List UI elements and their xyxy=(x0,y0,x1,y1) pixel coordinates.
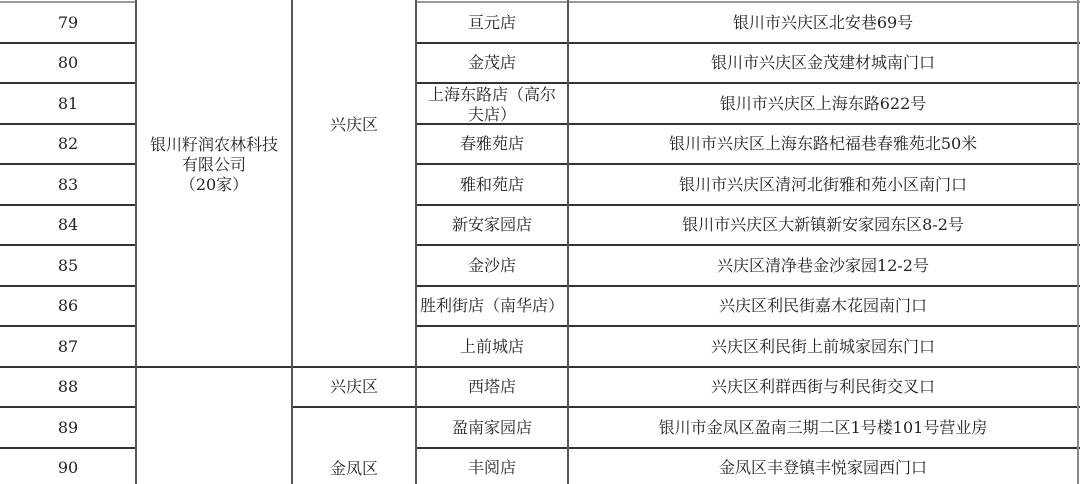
row-divider xyxy=(416,163,1080,165)
row-number-cell: 86 xyxy=(0,286,136,326)
row-divider xyxy=(416,204,1080,206)
address-cell: 兴庆区利民街嘉木花园南门口 xyxy=(568,286,1078,326)
company-cell xyxy=(136,367,292,484)
row-divider xyxy=(0,163,136,165)
row-divider xyxy=(0,42,136,44)
address-cell: 银川市兴庆区大新镇新安家园东区8-2号 xyxy=(568,205,1078,245)
company-cell: 银川籽润农林科技 有限公司 （20家） xyxy=(136,2,292,326)
address-cell: 银川市兴庆区北安巷69号 xyxy=(568,2,1078,43)
row-divider xyxy=(416,123,1080,125)
row-number-cell: 80 xyxy=(0,43,136,83)
address-cell: 银川市兴庆区金茂建材城南门口 xyxy=(568,43,1078,83)
address-cell: 银川市金凤区盈南三期二区1号楼101号营业房 xyxy=(568,407,1078,448)
company-count: （20家） xyxy=(180,175,248,195)
row-divider xyxy=(0,447,136,449)
column-divider xyxy=(1077,0,1079,484)
column-divider xyxy=(291,0,293,484)
row-number-cell: 83 xyxy=(0,164,136,205)
store-name-cell: 新安家园店 xyxy=(416,205,568,245)
company-name-line: 有限公司 xyxy=(182,155,246,175)
row-divider xyxy=(0,123,136,125)
district-cell: 兴庆区 xyxy=(292,2,416,247)
store-name-cell: 上海东路店（高尔夫店） xyxy=(416,83,568,124)
store-name-cell: 上前城店 xyxy=(416,326,568,367)
company-name-line: 银川籽润农林科技 xyxy=(150,135,278,155)
group-divider xyxy=(292,406,416,408)
store-name-cell: 金茂店 xyxy=(416,43,568,83)
row-number-cell: 82 xyxy=(0,124,136,164)
row-divider xyxy=(416,285,1080,287)
row-divider xyxy=(416,406,1080,408)
row-divider xyxy=(416,325,1080,327)
group-divider xyxy=(136,366,416,368)
row-number-cell: 81 xyxy=(0,83,136,124)
row-number-cell: 85 xyxy=(0,245,136,286)
address-cell: 银川市兴庆区上海东路622号 xyxy=(568,83,1078,124)
store-name-cell: 亘元店 xyxy=(416,2,568,43)
store-name-cell: 雅和苑店 xyxy=(416,164,568,205)
address-cell: 兴庆区利民街上前城家园东门口 xyxy=(568,326,1078,367)
district-cell: 兴庆区 xyxy=(292,367,416,407)
column-divider xyxy=(567,0,569,484)
district-cell: 金凤区 xyxy=(292,448,416,484)
address-cell: 金凤区丰登镇丰悦家园西门口 xyxy=(568,448,1078,484)
store-name-cell: 西塔店 xyxy=(416,367,568,407)
store-name-cell: 丰阅店 xyxy=(416,448,568,484)
row-divider xyxy=(0,244,136,246)
row-divider xyxy=(0,366,136,368)
column-divider xyxy=(135,0,137,484)
row-divider xyxy=(0,82,136,84)
row-number-cell: 88 xyxy=(0,367,136,407)
address-cell: 银川市兴庆区上海东路杞福巷春雅苑北50米 xyxy=(568,124,1078,164)
row-divider xyxy=(416,42,1080,44)
row-divider xyxy=(416,447,1080,449)
row-number-cell: 84 xyxy=(0,205,136,245)
table-border xyxy=(0,1,136,3)
row-number-cell: 89 xyxy=(0,407,136,448)
row-divider xyxy=(0,406,136,408)
store-name-cell: 胜利街店（南华店） xyxy=(416,286,568,326)
row-divider xyxy=(0,325,136,327)
row-divider xyxy=(416,366,1080,368)
store-name-cell: 盈南家园店 xyxy=(416,407,568,448)
row-divider xyxy=(416,244,1080,246)
store-name-cell: 金沙店 xyxy=(416,245,568,286)
address-cell: 兴庆区利群西街与利民街交叉口 xyxy=(568,367,1078,407)
row-number-cell: 79 xyxy=(0,2,136,43)
row-divider xyxy=(416,82,1080,84)
row-number-cell: 90 xyxy=(0,448,136,484)
row-divider xyxy=(0,285,136,287)
row-divider xyxy=(0,204,136,206)
address-cell: 兴庆区清净巷金沙家园12-2号 xyxy=(568,245,1078,286)
row-number-cell: 87 xyxy=(0,326,136,367)
column-divider xyxy=(415,0,417,484)
address-cell: 银川市兴庆区清河北街雅和苑小区南门口 xyxy=(568,164,1078,205)
table-border xyxy=(416,1,1080,3)
store-list-table: 79 80 81 82 83 84 85 86 87 88 89 90 银川籽润… xyxy=(0,0,1080,484)
store-name-cell: 春雅苑店 xyxy=(416,124,568,164)
